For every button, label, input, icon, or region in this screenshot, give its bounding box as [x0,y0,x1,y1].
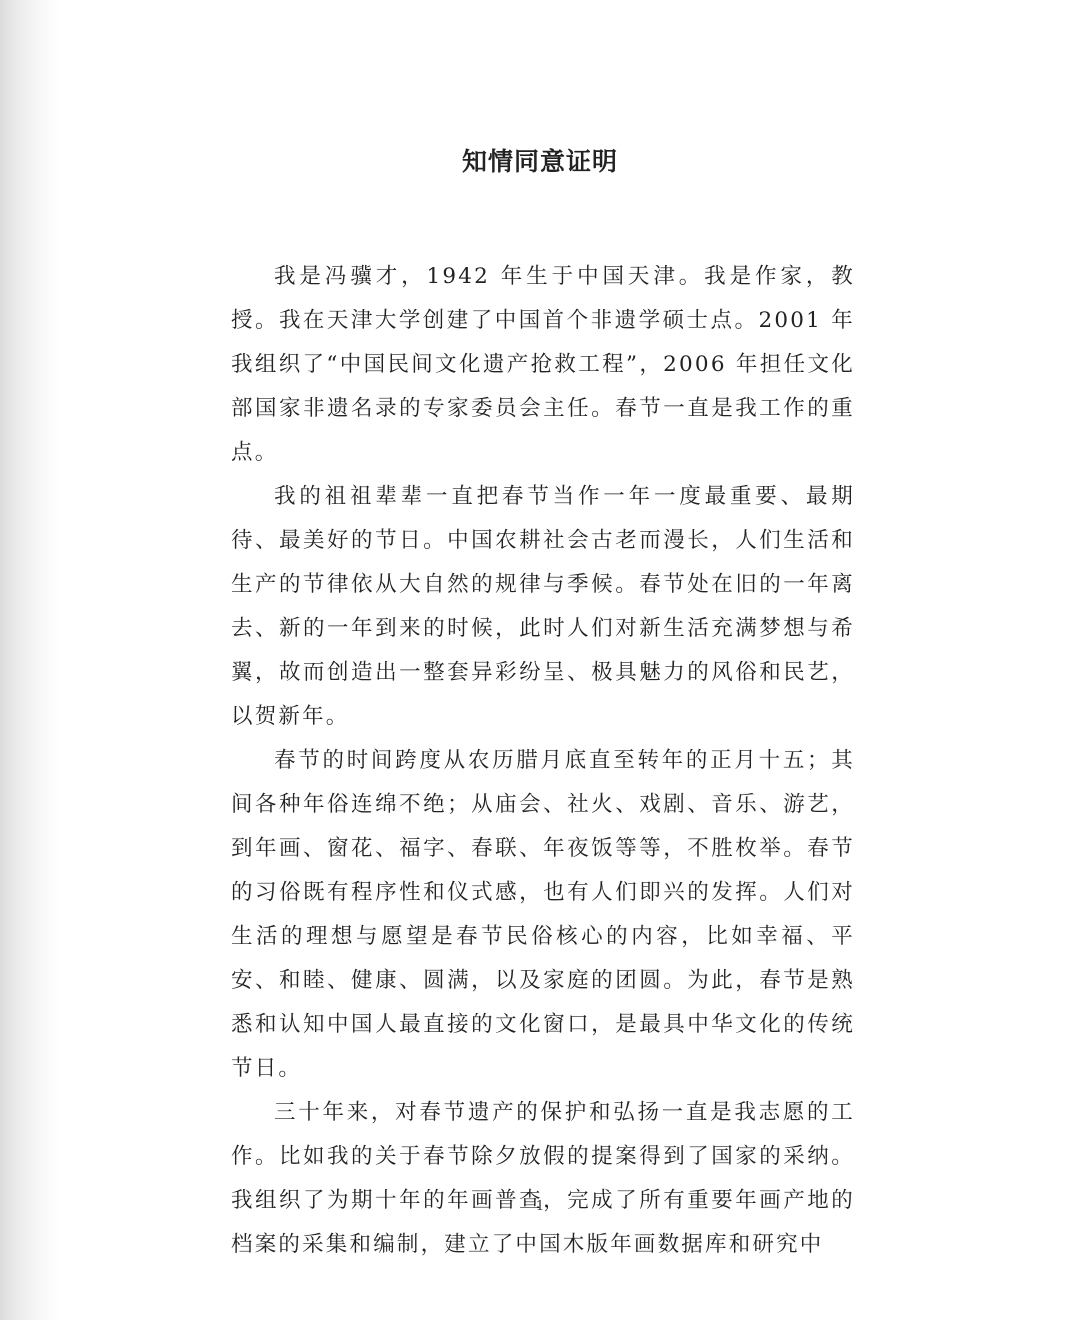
document-page: 知情同意证明 我是冯骥才，1942 年生于中国天津。我是作家，教授。我在天津大学… [0,0,1080,1320]
paragraph-spring-festival-customs: 春节的时间跨度从农历腊月底直至转年的正月十五；其间各种年俗连绵不绝；从庙会、社火… [231,739,855,1091]
paragraph-introduction: 我是冯骥才，1942 年生于中国天津。我是作家，教授。我在天津大学创建了中国首个… [231,255,855,475]
paragraph-heritage-work: 三十年来，对春节遗产的保护和弘扬一直是我志愿的工作。比如我的关于春节除夕放假的提… [231,1091,855,1267]
document-title: 知情同意证明 [0,142,1080,178]
paragraph-spring-festival-meaning: 我的祖祖辈辈一直把春节当作一年一度最重要、最期待、最美好的节日。中国农耕社会古老… [231,475,855,739]
page-number: 1 [0,1199,1080,1214]
document-body: 我是冯骥才，1942 年生于中国天津。我是作家，教授。我在天津大学创建了中国首个… [231,255,855,1267]
